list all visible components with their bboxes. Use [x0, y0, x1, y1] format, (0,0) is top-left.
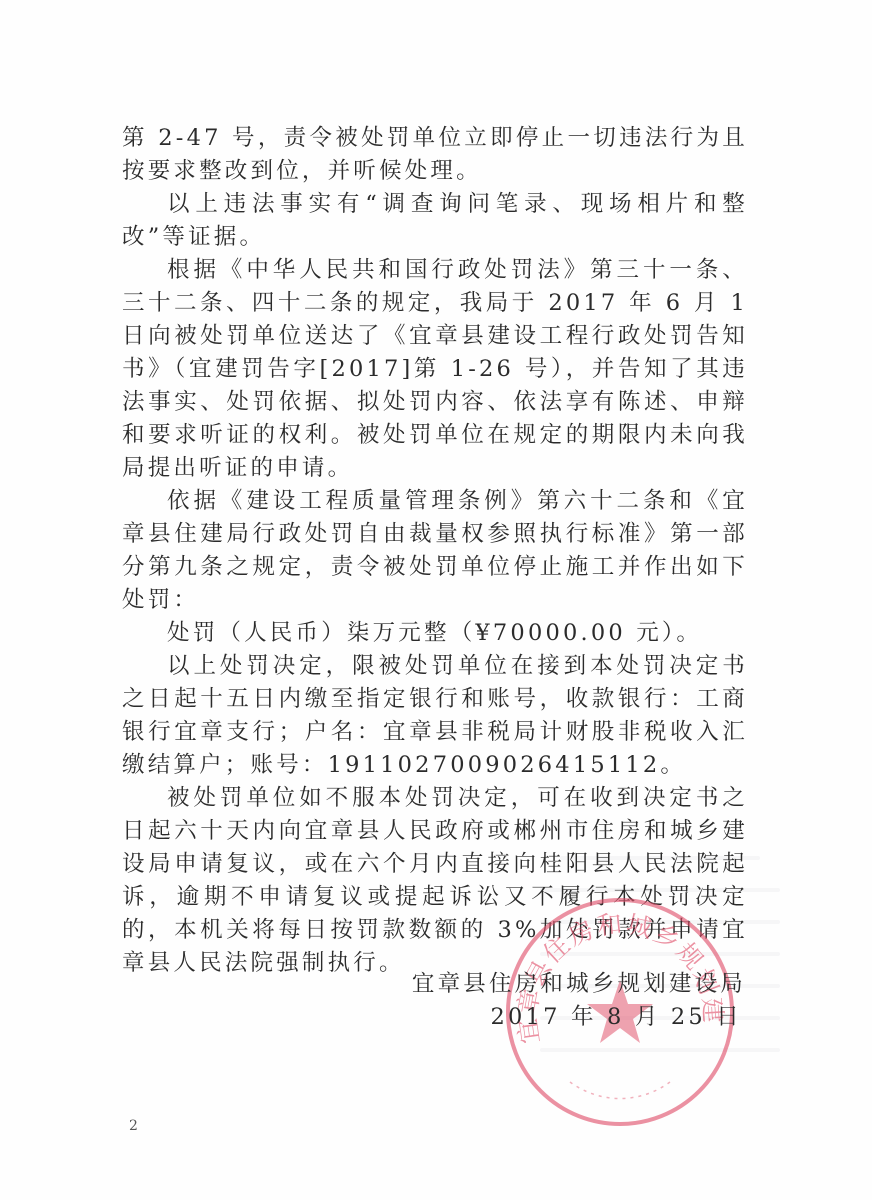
issuing-organization: 宜章县住房和城乡规划建设局 [412, 968, 746, 1001]
paragraph-penalty-amount: 处罚（人民币）柒万元整（¥70000.00 元）。 [122, 617, 748, 650]
paragraph-evidence: 以上违法事实有“调查询问笔录、现场相片和整改”等证据。 [122, 188, 748, 254]
paragraph-order-continuation: 第 2-47 号，责令被处罚单位立即停止一切违法行为且按要求整改到位，并听候处理… [122, 122, 748, 188]
page-number: 2 [129, 1118, 138, 1134]
paragraph-legal-notice: 根据《中华人民共和国行政处罚法》第三十一条、三十二条、四十二条的规定，我局于 2… [122, 254, 748, 485]
document-page: 第 2-47 号，责令被处罚单位立即停止一切违法行为且按要求整改到位，并听候处理… [0, 0, 872, 1200]
document-body: 第 2-47 号，责令被处罚单位立即停止一切违法行为且按要求整改到位，并听候处理… [122, 122, 748, 980]
issue-date: 2017 年 8 月 25 日 [412, 1001, 742, 1034]
paragraph-legal-basis: 依据《建设工程质量管理条例》第六十二条和《宜章县住建局行政处罚自由裁量权参照执行… [122, 485, 748, 617]
signature-block: 宜章县住房和城乡规划建设局 2017 年 8 月 25 日 [412, 968, 746, 1034]
paragraph-payment-instructions: 以上处罚决定，限被处罚单位在接到本处罚决定书之日起十五日内缴至指定银行和账号，收… [122, 650, 748, 782]
